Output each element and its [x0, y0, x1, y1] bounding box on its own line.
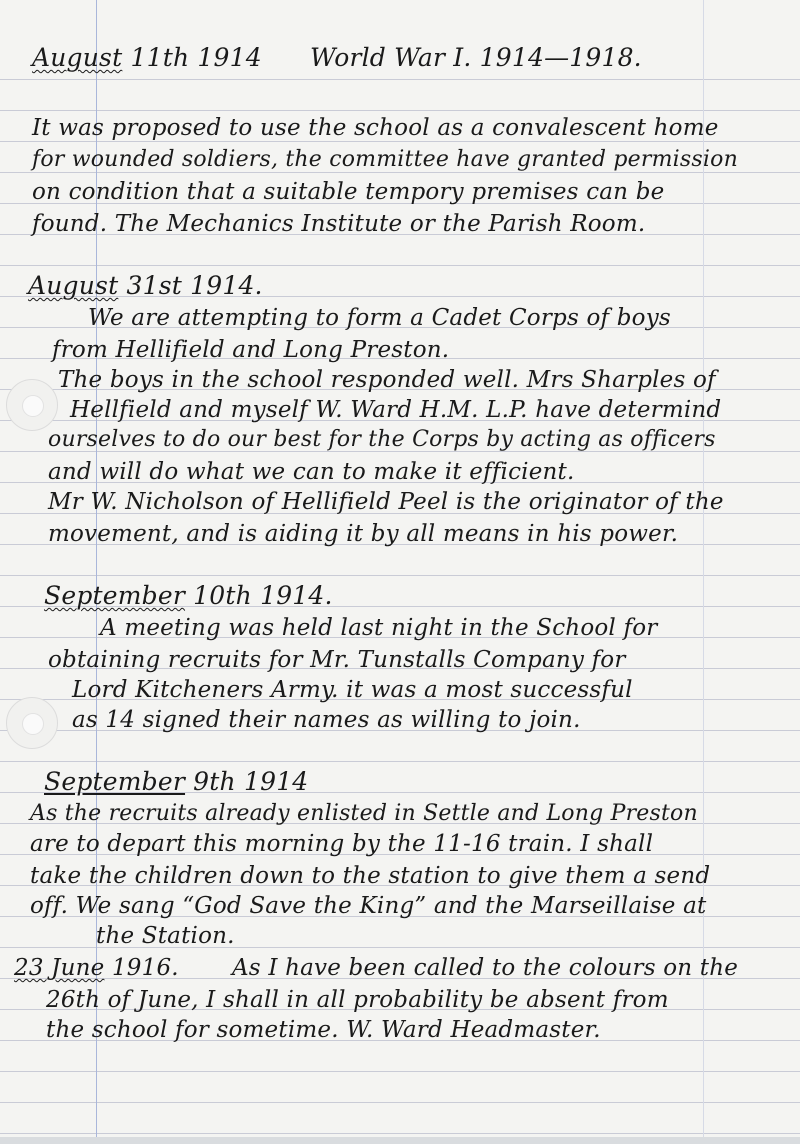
entry-text-line: It was proposed to use the school as a c… — [32, 114, 719, 142]
entry-text-line: Hellfield and myself W. Ward H.M. L.P. h… — [70, 396, 721, 424]
ruled-line — [0, 575, 800, 576]
entry-text-line: and will do what we can to make it effic… — [48, 458, 575, 486]
ruled-line — [0, 79, 800, 80]
entry-text-line: A meeting was held last night in the Sch… — [100, 614, 657, 642]
entry-text-line: take the children down to the station to… — [30, 862, 710, 890]
entry-text-line: as 14 signed their names as willing to j… — [72, 706, 581, 734]
ruled-line — [0, 1133, 800, 1134]
punch-hole-icon — [6, 697, 58, 749]
ruled-line — [0, 1071, 800, 1072]
entry-date: August 11th 1914 — [32, 44, 262, 72]
entry-text-line: ourselves to do our best for the Corps b… — [48, 426, 716, 454]
entry-date: 23 June 1916. — [14, 954, 179, 982]
entry-date: August 31st 1914. — [28, 272, 263, 300]
notebook-page: August 11th 1914 World War I. 1914—1918.… — [0, 0, 800, 1137]
entry-text-line: the school for sometime. W. Ward Headmas… — [46, 1016, 601, 1044]
entry-text-line: movement, and is aiding it by all means … — [48, 520, 678, 548]
ruled-line — [0, 110, 800, 111]
entry-text-line: As I have been called to the colours on … — [232, 954, 738, 982]
entry-text-line: off. We sang “God Save the King” and the… — [30, 892, 706, 920]
entry-date: September 9th 1914 — [44, 768, 308, 796]
entry-text-line: 26th of June, I shall in all probability… — [46, 986, 669, 1014]
entry-text-line: We are attempting to form a Cadet Corps … — [88, 304, 671, 332]
entry-text-line: Lord Kitcheners Army. it was a most succ… — [72, 676, 633, 704]
entry-text-line: found. The Mechanics Institute or the Pa… — [32, 210, 645, 238]
page-heading: World War I. 1914—1918. — [310, 44, 642, 72]
entry-text-line: are to depart this morning by the 11-16 … — [30, 830, 653, 858]
ruled-line — [0, 1102, 800, 1103]
ruled-line — [0, 761, 800, 762]
entry-date: September 10th 1914. — [44, 582, 333, 610]
entry-text-line: The boys in the school responded well. M… — [58, 366, 716, 394]
entry-text-line: obtaining recruits for Mr. Tunstalls Com… — [48, 646, 626, 674]
entry-text-line: from Hellifield and Long Preston. — [52, 336, 449, 364]
entry-text-line: As the recruits already enlisted in Sett… — [30, 800, 698, 828]
entry-text-line: the Station. — [96, 922, 235, 950]
entry-text-line: on condition that a suitable tempory pre… — [32, 178, 664, 206]
ruled-line — [0, 265, 800, 266]
entry-text-line: Mr W. Nicholson of Hellifield Peel is th… — [48, 488, 724, 516]
punch-hole-icon — [6, 379, 58, 431]
entry-text-line: for wounded soldiers, the committee have… — [32, 146, 738, 174]
